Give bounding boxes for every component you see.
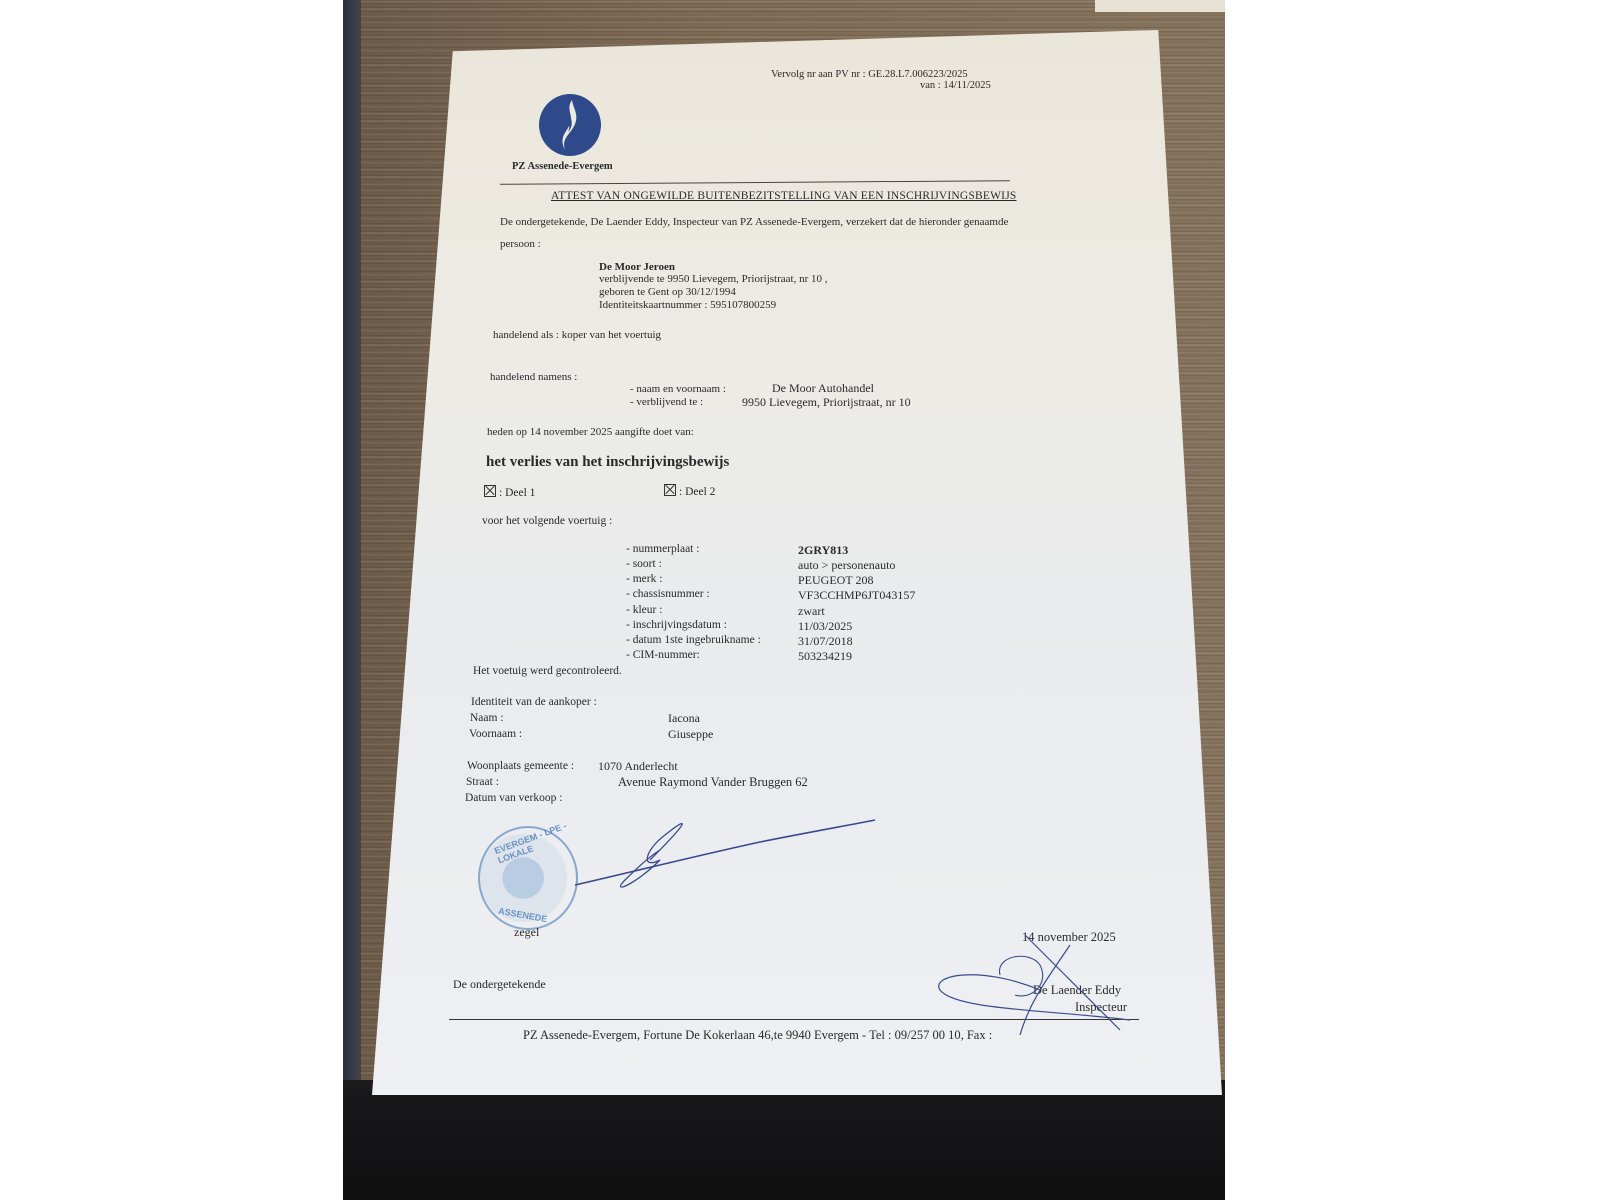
background-paper bbox=[1095, 0, 1225, 12]
person-birth: geboren te Gent op 30/12/1994 bbox=[599, 286, 736, 298]
checkbox-deel-1: : Deel 1 bbox=[484, 485, 535, 499]
acting-on-behalf-label: handelend namens : bbox=[490, 371, 577, 383]
footer-divider bbox=[449, 1019, 1139, 1020]
seal-label: zegel bbox=[514, 925, 539, 940]
buyer-firstname-label: Voornaam : bbox=[469, 728, 522, 740]
buyer-city-value: 1070 Anderlecht bbox=[598, 759, 678, 774]
official-seal: EVERGEM - LPE - LOKALE ASSENEDE bbox=[478, 826, 578, 930]
undersigned-label: De ondergetekende bbox=[453, 977, 546, 992]
signatory-name: De Laender Eddy bbox=[1033, 983, 1121, 998]
person-address: verblijvende te 9950 Lievegem, Priorijst… bbox=[599, 273, 828, 285]
buyer-heading: Identiteit van de aankoper : bbox=[471, 696, 597, 708]
vehicle-intro: voor het volgende voertuig : bbox=[482, 515, 612, 527]
vehicle-field-label: - soort : bbox=[626, 558, 662, 570]
vehicle-field-value: VF3CCHMP6JT043157 bbox=[798, 588, 915, 603]
vehicle-field-label: - merk : bbox=[626, 573, 662, 585]
signatory-rank: Inspecteur bbox=[1075, 1000, 1127, 1015]
vehicle-field-value: zwart bbox=[798, 604, 825, 619]
vehicle-field-label: - datum 1ste ingebruikname : bbox=[626, 634, 761, 646]
behalf-address-label: - verblijvend te : bbox=[630, 396, 703, 408]
org-name: PZ Assenede-Evergem bbox=[512, 161, 613, 172]
vehicle-field-value: 503234219 bbox=[798, 649, 852, 664]
vehicle-field-label: - chassisnummer : bbox=[626, 588, 710, 600]
vehicle-field-label: - nummerplaat : bbox=[626, 543, 699, 555]
vehicle-field-value: 2GRY813 bbox=[798, 543, 848, 558]
behalf-name-label: - naam en voornaam : bbox=[630, 383, 726, 395]
buyer-firstname-value: Giuseppe bbox=[668, 727, 713, 742]
buyer-street-value: Avenue Raymond Vander Bruggen 62 bbox=[618, 775, 808, 790]
checkbox-deel-1-label: : Deel 1 bbox=[499, 487, 535, 499]
dark-surface bbox=[343, 1080, 1225, 1200]
checked-box-icon bbox=[484, 485, 496, 497]
person-id-card: Identiteitskaartnummer : 595107800259 bbox=[599, 299, 776, 311]
checked-box-icon bbox=[664, 484, 676, 496]
vehicle-field-label: - inschrijvingsdatum : bbox=[626, 619, 727, 631]
document-title: ATTEST VAN ONGEWILDE BUITENBEZITSTELLING… bbox=[551, 190, 1017, 202]
vehicle-field-label: - kleur : bbox=[626, 604, 662, 616]
vehicle-field-value: 11/03/2025 bbox=[798, 619, 852, 634]
vehicle-checked: Het voetuig werd gecontroleerd. bbox=[473, 665, 622, 677]
checkbox-deel-2: : Deel 2 bbox=[664, 484, 715, 498]
behalf-name-value: De Moor Autohandel bbox=[772, 381, 874, 396]
declaration-intro: heden op 14 november 2025 aangifte doet … bbox=[487, 426, 694, 438]
sale-date-label: Datum van verkoop : bbox=[465, 792, 562, 804]
buyer-street-label: Straat : bbox=[466, 776, 499, 788]
intro-line-1: De ondergetekende, De Laender Eddy, Insp… bbox=[500, 216, 1008, 228]
pv-date: van : 14/11/2025 bbox=[920, 80, 991, 91]
behalf-address-value: 9950 Lievegem, Priorijstraat, nr 10 bbox=[742, 395, 911, 410]
checkbox-deel-2-label: : Deel 2 bbox=[679, 486, 715, 498]
police-flame-icon bbox=[539, 94, 601, 156]
buyer-city-label: Woonplaats gemeente : bbox=[467, 760, 574, 772]
vehicle-field-value: auto > personenauto bbox=[798, 558, 895, 573]
buyer-surname-label: Naam : bbox=[470, 712, 504, 724]
vehicle-field-value: PEUGEOT 208 bbox=[798, 573, 873, 588]
acting-as: handelend als : koper van het voertuig bbox=[493, 329, 661, 341]
seal-ring-bottom: ASSENEDE bbox=[498, 906, 548, 924]
vehicle-field-label: - CIM-nummer: bbox=[626, 649, 700, 661]
person-name: De Moor Jeroen bbox=[599, 261, 675, 273]
table-edge bbox=[343, 0, 361, 1200]
intro-line-2: persoon : bbox=[500, 238, 541, 250]
pv-reference: Vervolg nr aan PV nr : GE.28.L7.006223/2… bbox=[771, 69, 968, 80]
buyer-surname-value: Iacona bbox=[668, 711, 700, 726]
footer-contact: PZ Assenede-Evergem, Fortune De Kokerlaa… bbox=[523, 1028, 992, 1043]
signature-date: 14 november 2025 bbox=[1022, 930, 1116, 945]
declaration-text: het verlies van het inschrijvingsbewijs bbox=[486, 454, 729, 471]
vehicle-field-value: 31/07/2018 bbox=[798, 634, 853, 649]
